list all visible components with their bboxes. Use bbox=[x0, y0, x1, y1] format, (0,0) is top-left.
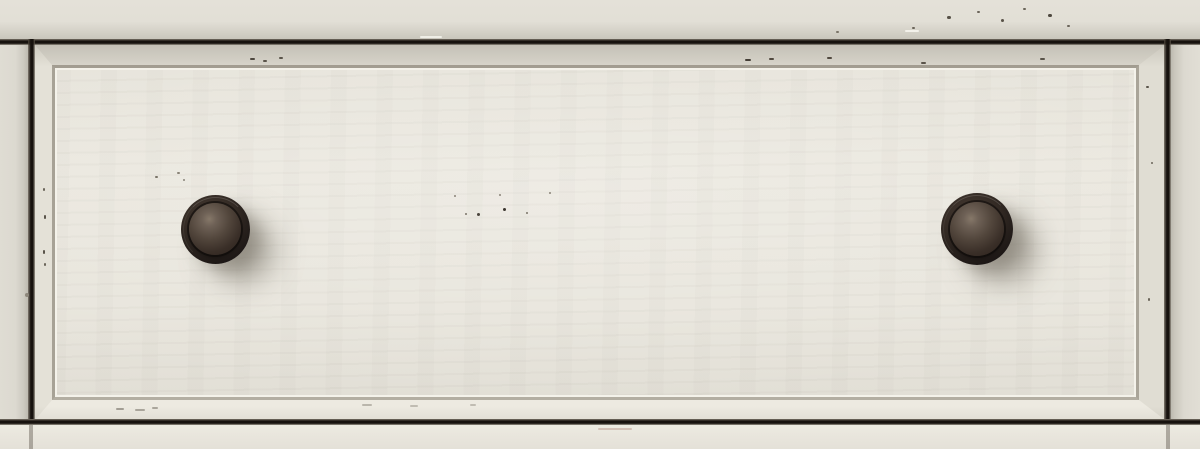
gap-left-lower-drawer bbox=[29, 425, 33, 449]
gap-right-lower-drawer bbox=[1166, 425, 1170, 449]
gap-above-drawer bbox=[0, 39, 1200, 45]
lower-drawer-edge bbox=[0, 425, 1200, 449]
cabinet-stile-left bbox=[0, 45, 28, 419]
dresser-top-rail bbox=[0, 0, 1200, 39]
gap-left-of-drawer bbox=[28, 39, 35, 419]
drawer-knob-left bbox=[181, 195, 250, 264]
gap-below-drawer bbox=[0, 419, 1200, 425]
dresser-drawer-photo bbox=[0, 0, 1200, 449]
gap-right-of-drawer bbox=[1164, 39, 1171, 419]
drawer-knob-right bbox=[941, 193, 1013, 265]
cabinet-stile-right bbox=[1171, 45, 1200, 419]
